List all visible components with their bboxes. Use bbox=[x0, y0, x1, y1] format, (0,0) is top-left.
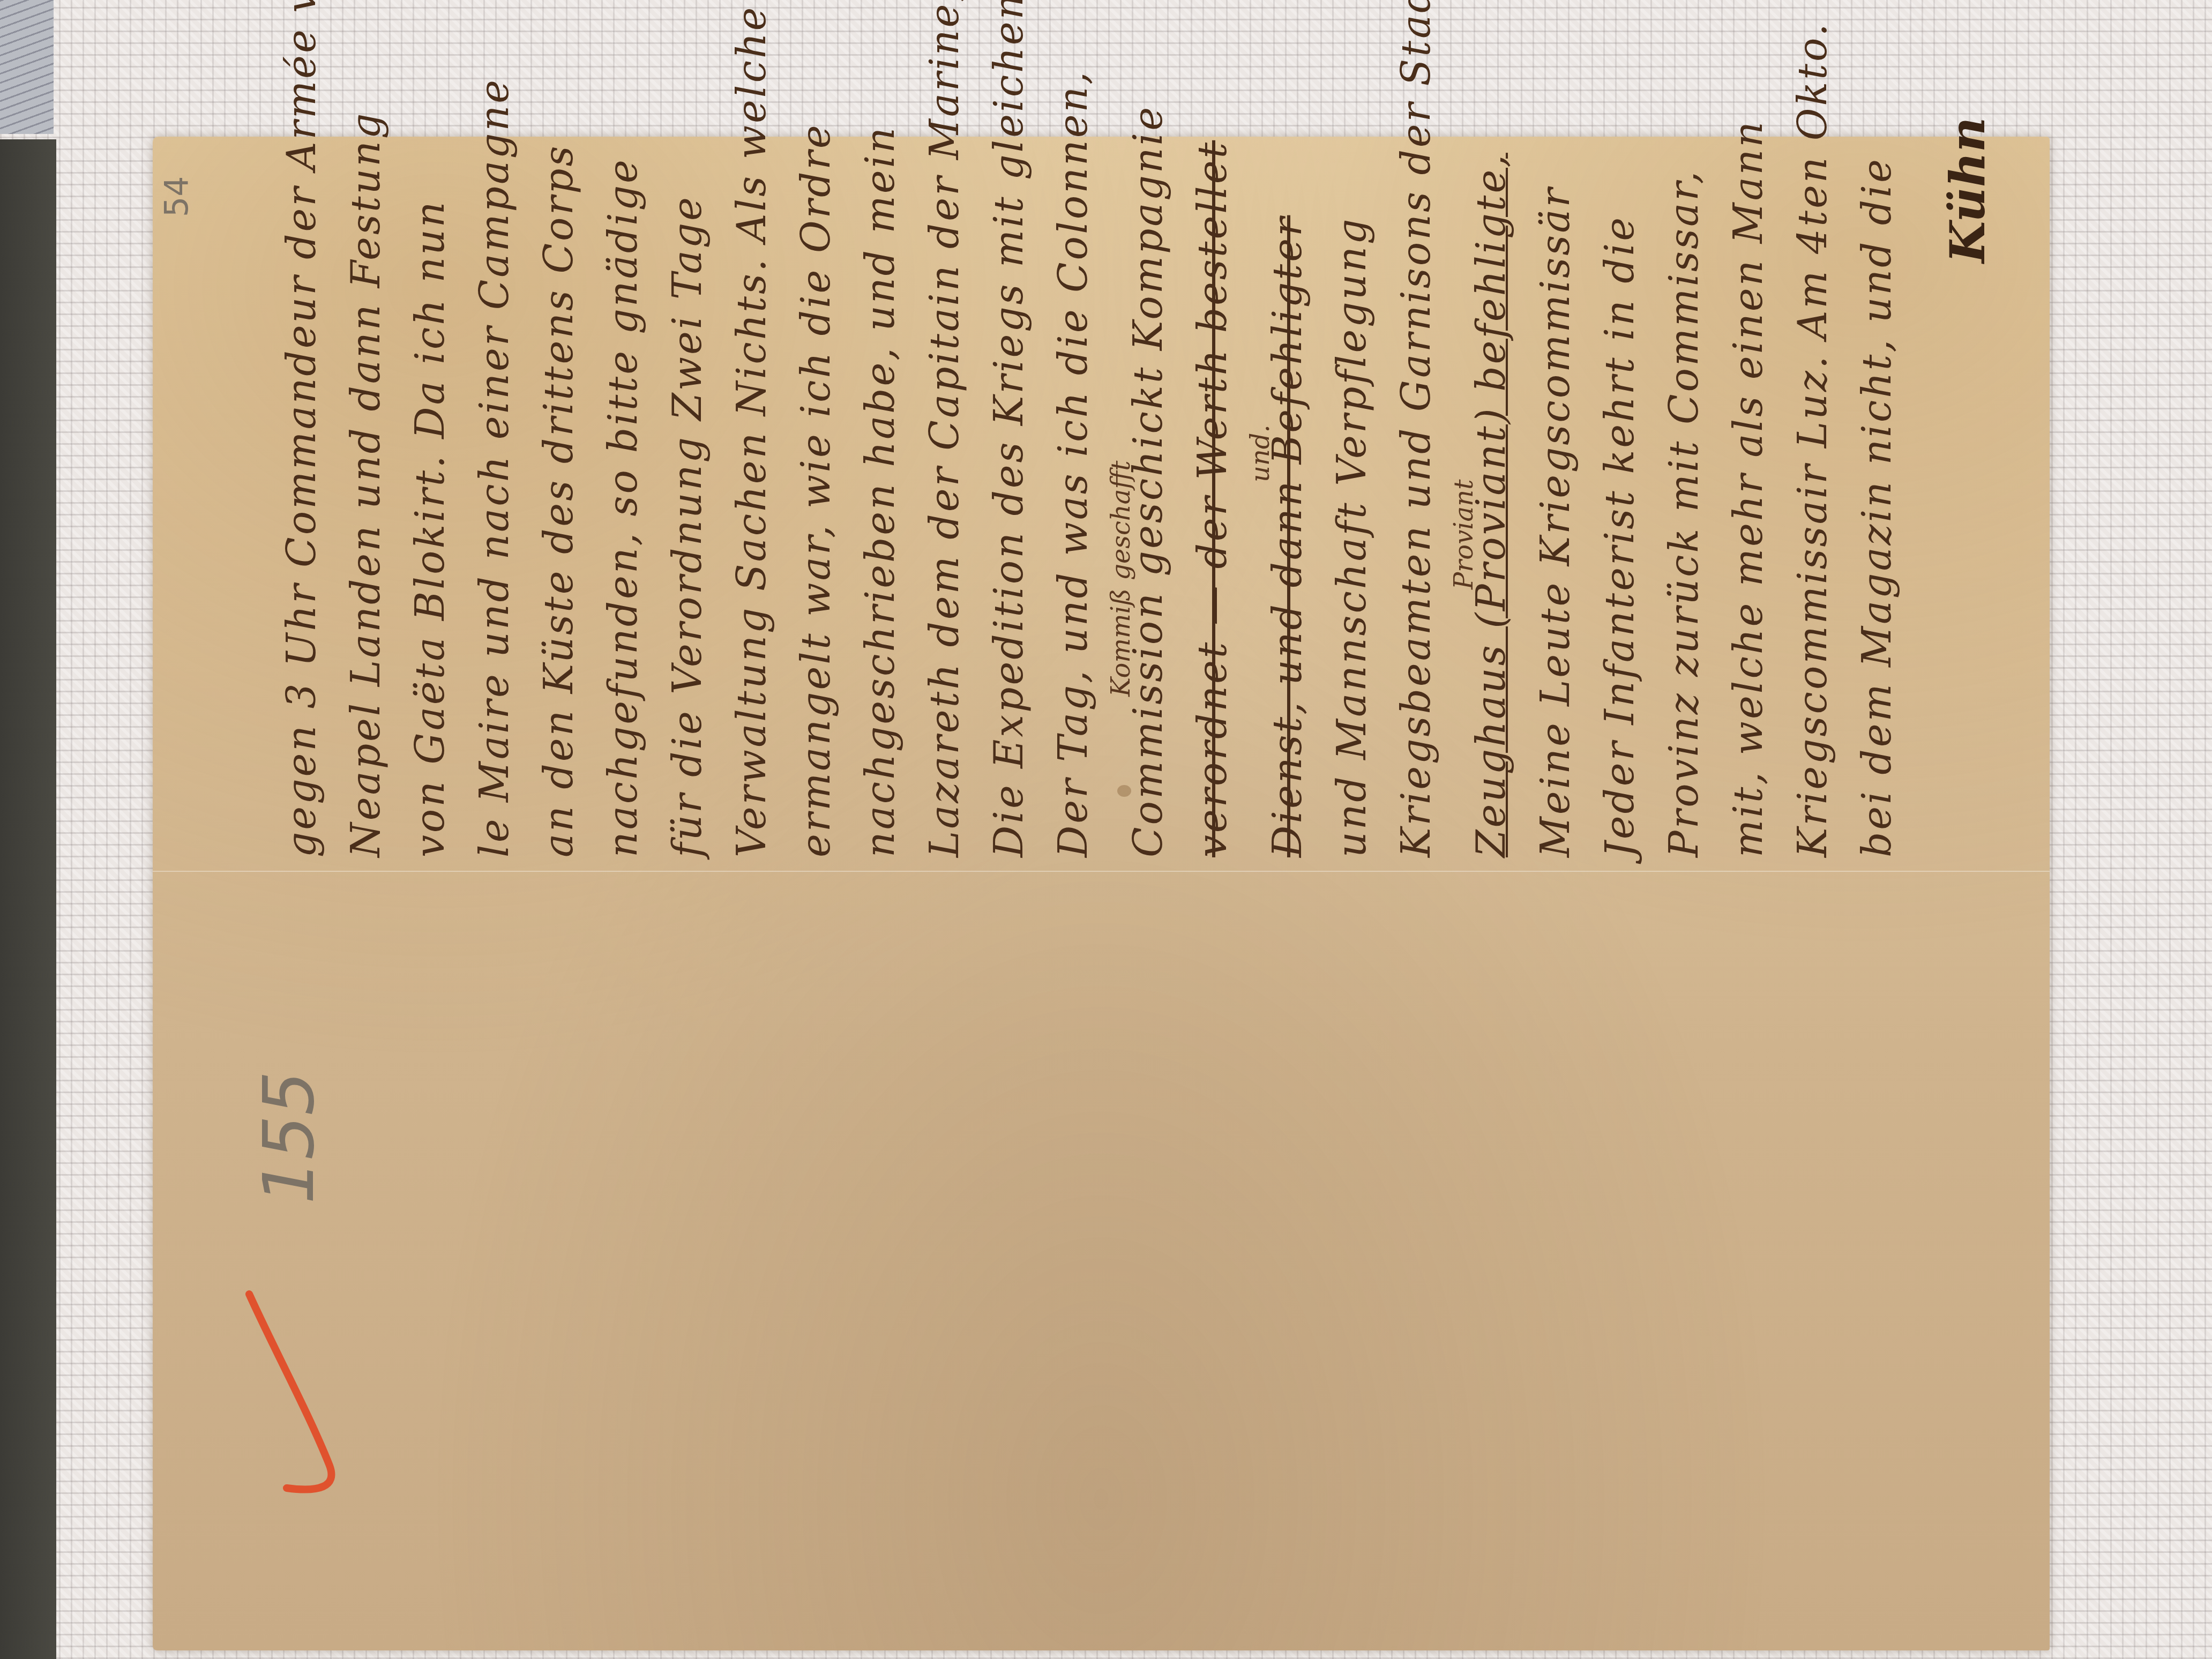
text-line: bei dem Magazin nicht, und die bbox=[1857, 157, 1897, 857]
text-line: Lazareth dem der Capitain der Marine, bbox=[925, 0, 965, 857]
text-line: Provinz zurück mit Commissar, bbox=[1664, 169, 1704, 857]
text-line: Der Tag, und was ich die Colonnen, bbox=[1053, 70, 1093, 857]
red-check-mark-icon bbox=[228, 1289, 351, 1525]
ink-stain bbox=[1117, 785, 1131, 797]
text-line: nachgeschrieben habe, und mein bbox=[861, 125, 900, 857]
text-line: Kriegscommissair Luz. Am 4ten Okto. bbox=[1793, 21, 1833, 857]
text-line: Meine Leute Kriegscommissär bbox=[1536, 186, 1575, 857]
struck-text-line: verordnet — der Werth bestellet bbox=[1193, 140, 1232, 857]
text-line: Verwaltung Sachen Nichts. Als welche bbox=[732, 5, 772, 857]
text-line: Jeder Infanterist kehrt in die bbox=[1600, 215, 1640, 857]
text-line: und Mannschaft Verpflegung bbox=[1332, 217, 1372, 857]
adjacent-document-corner bbox=[0, 0, 54, 134]
text-line: Kriegsbeamten und Garnisons der Stadt bbox=[1396, 0, 1436, 857]
paper-fold-line bbox=[153, 871, 2050, 872]
dark-table-surface bbox=[0, 139, 56, 1659]
text-line: mit, welche mehr als einen Mann bbox=[1729, 119, 1768, 857]
signature: Kühn bbox=[1939, 117, 1996, 263]
text-line: gegen 3 Uhr Commandeur der Armée vor bbox=[282, 0, 322, 857]
folio-number: 54 bbox=[158, 176, 196, 217]
text-line: Commission geschickt Kompagnie bbox=[1129, 105, 1168, 857]
text-line: le Maire und nach einer Campagne bbox=[475, 78, 514, 857]
underlined-text-line: Zeughaus (Proviant) befehligte, bbox=[1471, 153, 1511, 857]
archive-pencil-number: 155 bbox=[248, 1071, 330, 1204]
text-line: an den Küste des drittens Corps bbox=[539, 144, 579, 857]
text-line: ermangelt war, wie ich die Ordre bbox=[796, 123, 836, 858]
struck-text-line: Dienst, und dann Befehligter bbox=[1268, 215, 1307, 857]
text-line: von Gaëta Blokirt. Da ich nun bbox=[410, 200, 450, 857]
text-line: nachgefunden, so bitte gnädige bbox=[603, 158, 643, 857]
text-line: Die Expedition des Kriegs mit gleichen, bbox=[989, 0, 1029, 857]
manuscript-text-body: gegen 3 Uhr Commandeur der Armée vor Nea… bbox=[300, 107, 1961, 857]
manuscript-sheet: 54 155 gegen 3 Uhr Commandeur der Armée … bbox=[153, 137, 2050, 1650]
text-line: Neapel Landen und dann Festung bbox=[346, 111, 386, 857]
text-line: für die Verordnung Zwei Tage bbox=[668, 195, 707, 857]
